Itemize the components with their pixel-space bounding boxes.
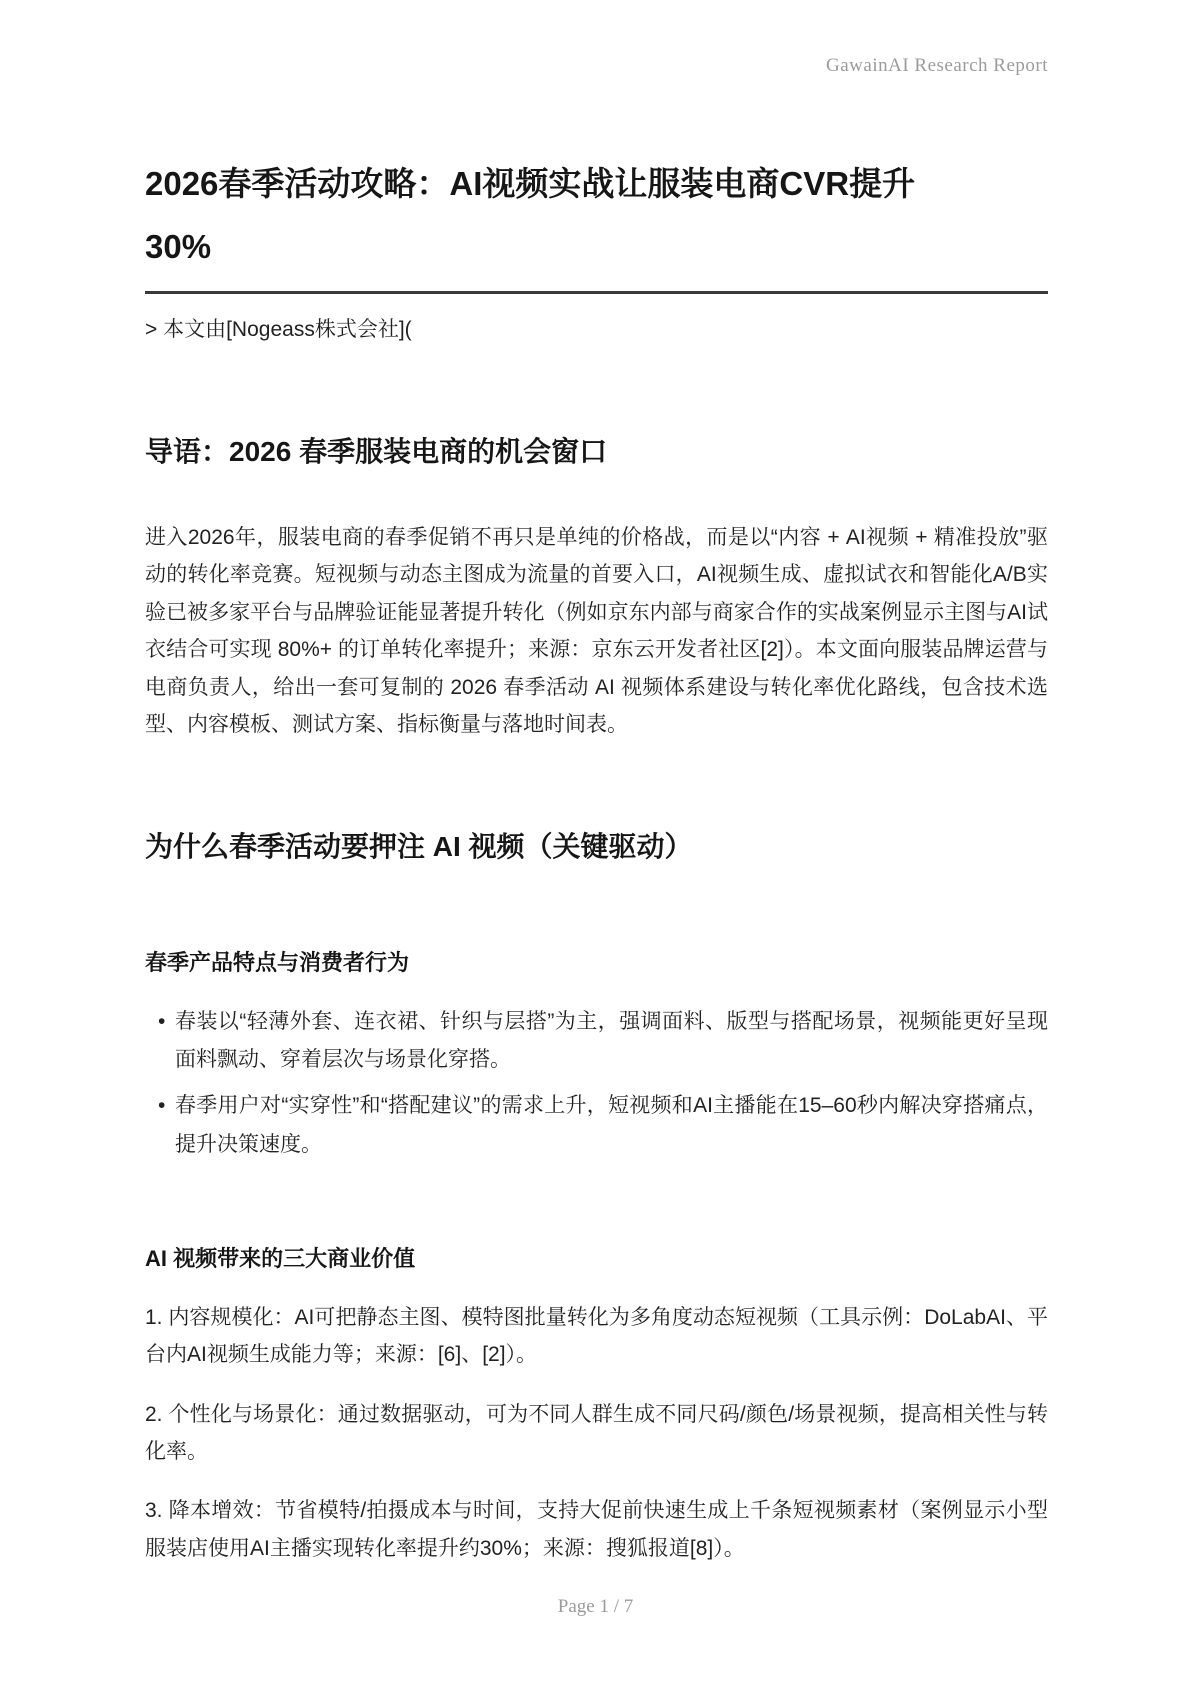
consumer-bullet-list: 春装以“轻薄外套、连衣裙、针织与层搭”为主，强调面料、版型与搭配场景，视频能更好… [145,1003,1048,1164]
document-body: 2026春季活动攻略：AI视频实战让服装电商CVR提升 30% > 本文由[No… [145,0,1048,1567]
value-item-2: 2. 个性化与场景化：通过数据驱动，可为不同人群生成不同尺码/颜色/场景视频，提… [145,1396,1048,1471]
byline-text: > 本文由[Nogeass株式会社]( [145,312,1048,349]
section-intro-paragraph: 进入2026年，服装电商的春季促销不再只是单纯的价格战，而是以“内容 + AI视… [145,519,1048,743]
page-title: 2026春季活动攻略：AI视频实战让服装电商CVR提升 30% [145,152,1048,294]
list-item: 春季用户对“实穿性”和“搭配建议”的需求上升，短视频和AI主播能在15–60秒内… [175,1087,1048,1163]
subsection-consumer-heading: 春季产品特点与消费者行为 [145,946,1048,979]
page-title-line-2: 30% [145,215,1048,278]
section-why-heading: 为什么春季活动要押注 AI 视频（关键驱动） [145,827,1048,868]
page-title-line-1: 2026春季活动攻略：AI视频实战让服装电商CVR提升 [145,152,1048,215]
subsection-value-heading: AI 视频带来的三大商业价值 [145,1242,1048,1275]
section-intro-heading: 导语：2026 春季服装电商的机会窗口 [145,432,1048,473]
document-page: { "page": { "header": "GawainAI Research… [0,0,1191,1684]
list-item: 春装以“轻薄外套、连衣裙、针织与层搭”为主，强调面料、版型与搭配场景，视频能更好… [175,1003,1048,1079]
value-item-1: 1. 内容规模化：AI可把静态主图、模特图批量转化为多角度动态短视频（工具示例：… [145,1299,1048,1374]
value-item-3: 3. 降本增效：节省模特/拍摄成本与时间，支持大促前快速生成上千条短视频素材（案… [145,1492,1048,1567]
page-number: Page 1 / 7 [0,1596,1191,1618]
